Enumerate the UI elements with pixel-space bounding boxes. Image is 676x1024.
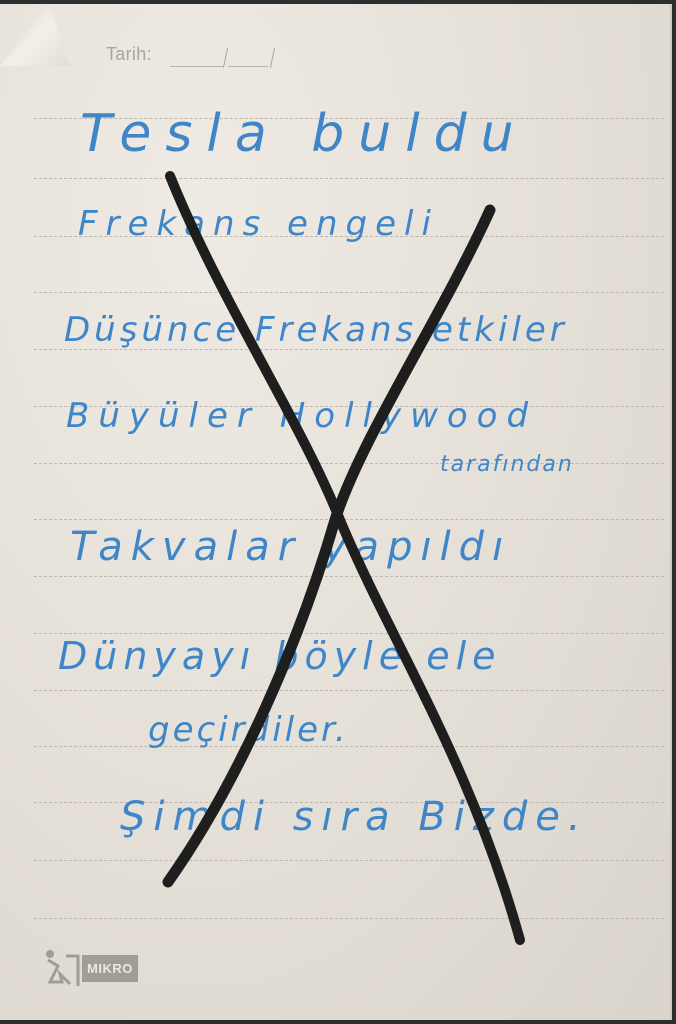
handwritten-line: geçirdiler.: [148, 710, 349, 750]
ruled-line: [34, 576, 664, 577]
ruled-line: [34, 292, 664, 293]
ruled-line: [34, 690, 664, 691]
ruled-line: [34, 519, 664, 520]
brand-name: MIKRO: [82, 955, 138, 982]
ruled-line: [34, 860, 664, 861]
folded-corner: [0, 4, 70, 66]
date-label: Tarih:: [106, 44, 152, 65]
handwritten-line: Tesla buldu: [80, 104, 528, 164]
ruled-line: [34, 746, 664, 747]
date-field-month: [228, 66, 268, 67]
date-slash-1: [223, 48, 228, 68]
date-field-day: [170, 66, 224, 67]
date-slash-2: [270, 48, 275, 68]
handwritten-line: Frekans engeli: [78, 204, 439, 244]
brand-figure-icon: [44, 948, 80, 988]
ruled-line: [34, 178, 664, 179]
handwritten-line: tarafından: [440, 452, 574, 477]
handwritten-line: Takvalar yapıldı: [70, 524, 511, 570]
handwritten-line: Büyüler Hollywood: [66, 396, 537, 436]
handwritten-line: Dünyayı böyle ele: [58, 634, 502, 678]
handwritten-line: Şimdi sıra Bizde.: [120, 794, 589, 840]
mikro-logo: MIKRO: [44, 948, 138, 988]
notebook-page: Tarih: Tesla buldu Frekans engeli Düşünc…: [0, 4, 672, 1020]
handwritten-line: Düşünce Frekans etkiler: [64, 310, 568, 350]
ruled-line: [34, 918, 664, 919]
